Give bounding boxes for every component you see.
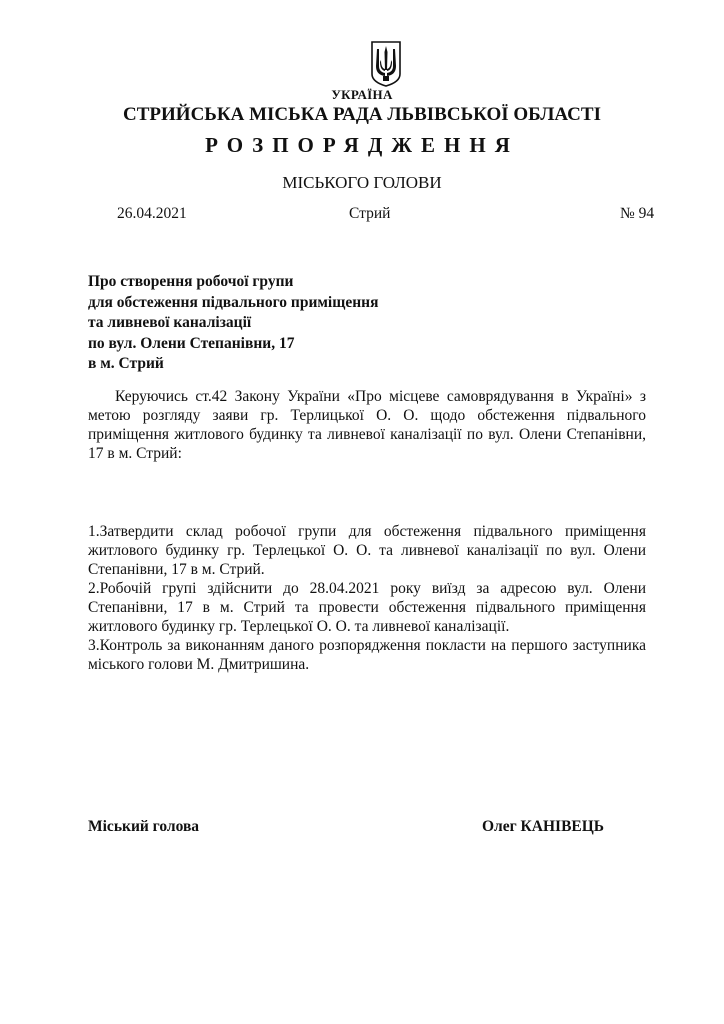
document-number: № 94 [620, 205, 654, 223]
signature-name: Олег КАНІВЕЦЬ [482, 818, 604, 836]
subject-line: Про створення робочої групи [88, 272, 378, 293]
order-item: 3.Контроль за виконанням даного розпоряд… [88, 636, 646, 674]
subject: Про створення робочої групи для обстежен… [88, 272, 378, 375]
document-type: РОЗПОРЯДЖЕННЯ [0, 133, 724, 158]
subject-line: по вул. Олени Степанівни, 17 [88, 334, 378, 355]
document-city: Стрий [349, 205, 390, 223]
signature-title: Міський голова [88, 818, 199, 836]
order-item: 2.Робочій групі здійснити до 28.04.2021 … [88, 579, 646, 636]
subject-line: в м. Стрий [88, 354, 378, 375]
trident-icon [370, 40, 402, 88]
order-item: 1.Затвердити склад робочої групи для обс… [88, 522, 646, 579]
council-name: СТРИЙСЬКА МІСЬКА РАДА ЛЬВІВСЬКОЇ ОБЛАСТІ [0, 104, 724, 126]
document-date: 26.04.2021 [117, 205, 187, 223]
subject-line: для обстеження підвального приміщення [88, 293, 378, 314]
issuer: МІСЬКОГО ГОЛОВИ [0, 173, 724, 193]
order-items: 1.Затвердити склад робочої групи для обс… [88, 522, 646, 674]
preamble: Керуючись ст.42 Закону України «Про місц… [88, 387, 646, 463]
country-name: УКРАЇНА [0, 87, 724, 103]
subject-line: та ливневої каналізації [88, 313, 378, 334]
